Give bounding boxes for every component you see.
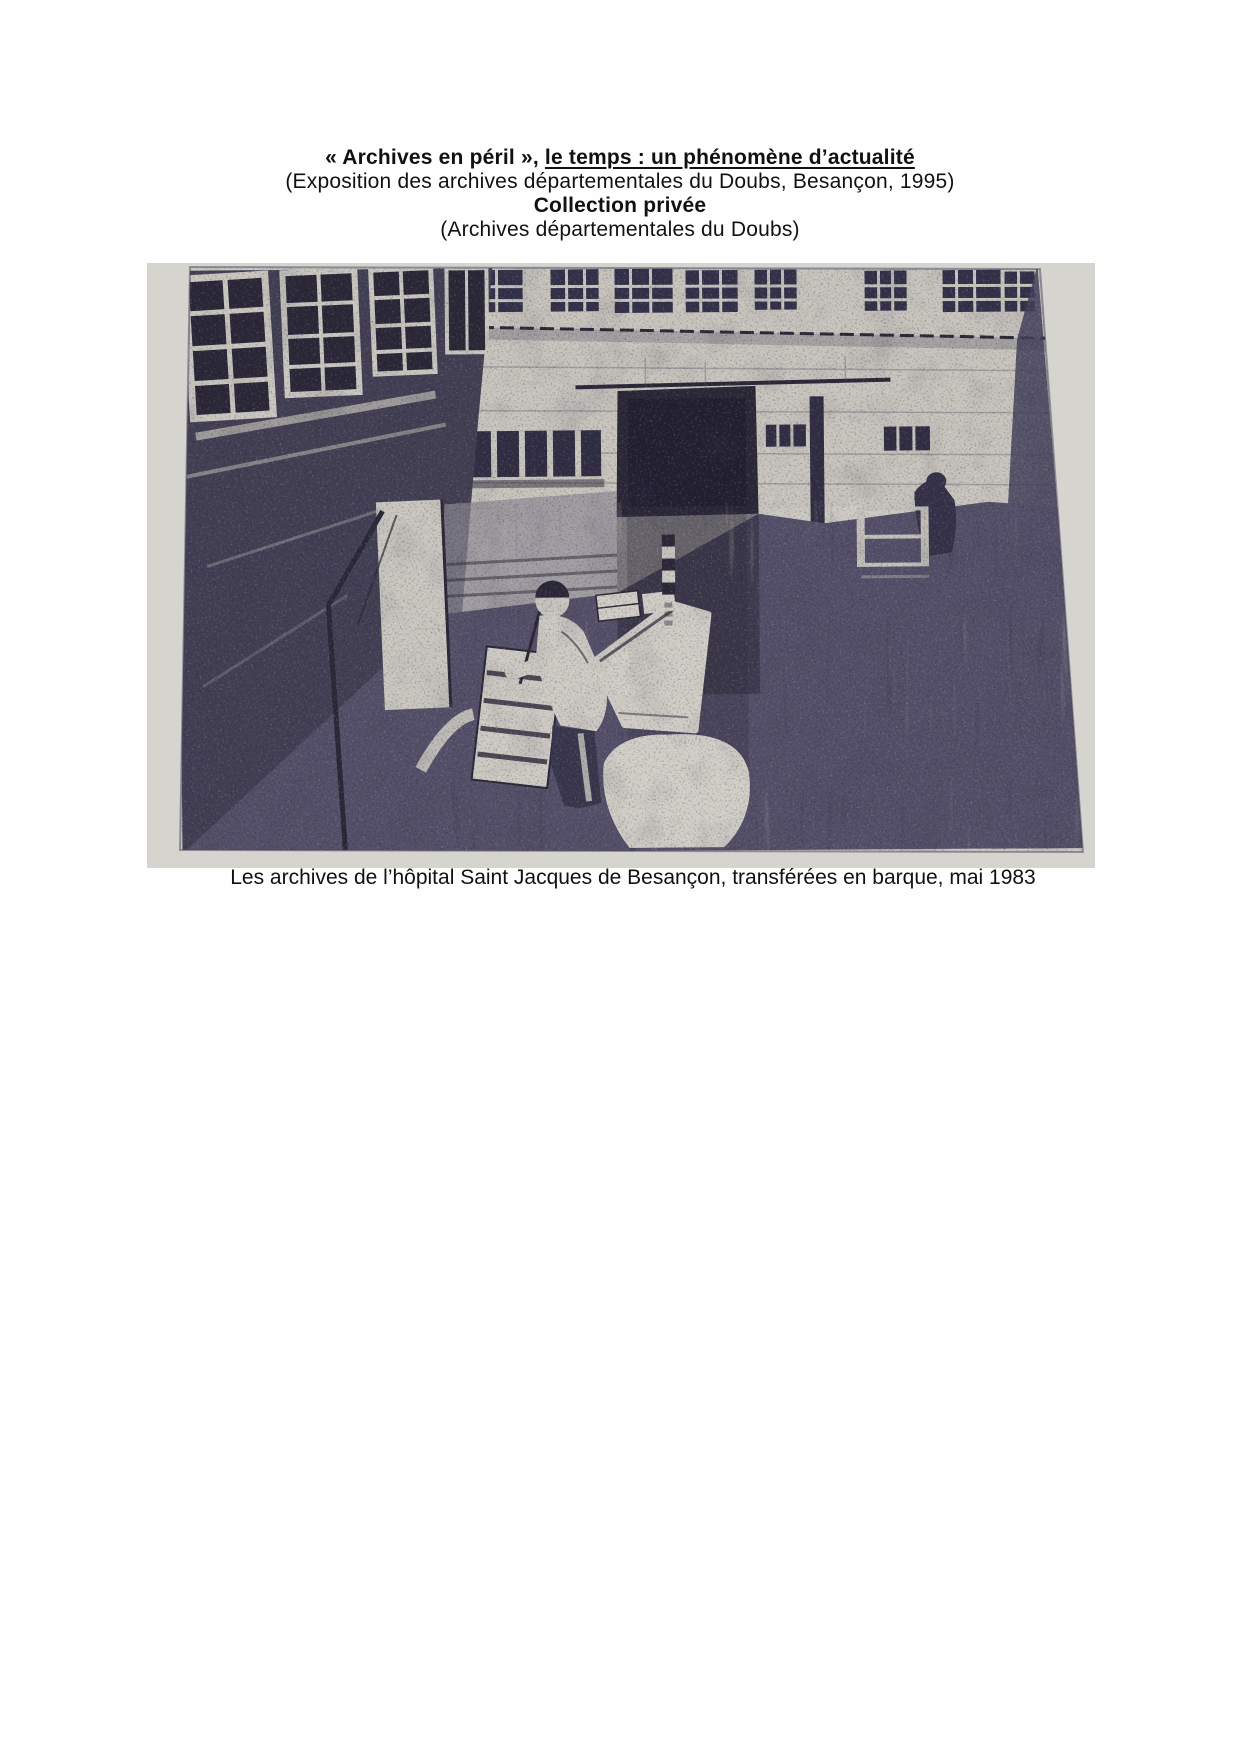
flood-photo-illustration [147,263,1095,868]
header-block: « Archives en péril », le temps : un phé… [0,146,1240,242]
photo-caption: Les archives de l’hôpital Saint Jacques … [13,866,1240,890]
title-text: « Archives en péril », [325,146,545,169]
source-line: (Archives départementales du Doubs) [0,218,1240,242]
title-underlined-text: le temps : un phénomène d’actualité [545,146,915,169]
exposition-line: (Exposition des archives départementales… [0,170,1240,194]
flood-photograph [147,263,1095,868]
collection-line: Collection privée [0,194,1240,218]
photo-content [147,263,1095,868]
document-page: « Archives en péril », le temps : un phé… [0,0,1240,1754]
title-line: « Archives en péril », le temps : un phé… [0,146,1240,170]
